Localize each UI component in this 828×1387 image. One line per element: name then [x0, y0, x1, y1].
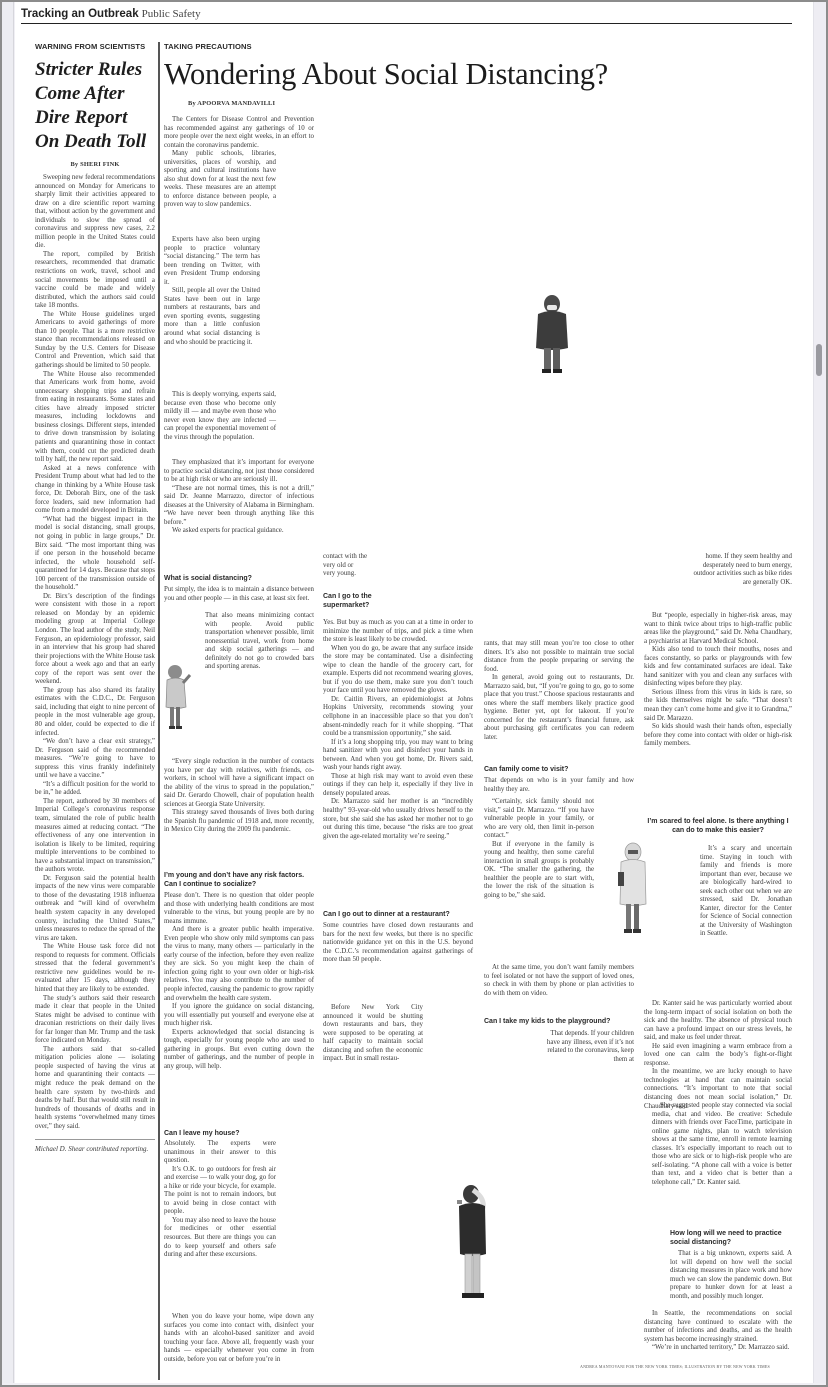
paragraph: “What had the biggest impact in the mode…	[35, 516, 155, 593]
paragraph: She suggested people stay connected via …	[652, 1102, 792, 1187]
section-heading: Can family come to visit?	[484, 765, 634, 774]
paragraph: But if everyone in the family is young a…	[484, 841, 594, 901]
paragraph: In general, avoid going out to restauran…	[484, 674, 634, 742]
paragraph: This is deeply worrying, experts said, b…	[164, 391, 276, 442]
left-story-headline: Stricter Rules Come After Dire Report On…	[35, 58, 155, 154]
paragraph: Yes. But buy as much as you can at a tim…	[323, 619, 473, 645]
paragraph: The White House also recommended that Am…	[35, 371, 155, 465]
paragraph: That depends on who is in your family an…	[484, 777, 634, 794]
paragraph: Some countries have closed down restaura…	[323, 922, 473, 965]
section-family-visit: Can family come to visit? That depends o…	[484, 758, 634, 794]
paragraph: So kids should wash their hands often, e…	[644, 723, 792, 749]
paragraph: “We’re in uncharted territory,” Dr. Marr…	[644, 1344, 792, 1353]
left-story-label: WARNING FROM SCIENTISTS	[35, 42, 145, 51]
contributor-note: Michael D. Shear contributed reporting.	[35, 1145, 155, 1154]
masked-man-figure	[530, 292, 574, 374]
page-header: Tracking an OutbreakPublic Safety	[21, 4, 792, 24]
paragraph: The Centers for Disease Control and Prev…	[164, 116, 314, 150]
paragraph: Absolutely. The experts were unanimous i…	[164, 1140, 276, 1166]
section-how-long: How long will we need to practice social…	[670, 1222, 792, 1301]
section-heading: What is social distancing?	[164, 574, 314, 583]
paragraph: But “people, especially in higher-risk a…	[644, 612, 792, 646]
paragraph: If it’s a long shopping trip, you may wa…	[323, 739, 473, 773]
section-heading: I’m young and don’t have any risk factor…	[164, 871, 314, 889]
paragraph: Dr. Birx’s description of the findings w…	[35, 593, 155, 687]
section-social-distancing: What is social distancing? Put simply, t…	[164, 567, 314, 603]
paragraph: This strategy saved thousands of lives b…	[164, 809, 314, 835]
section-leave-house-body: Absolutely. The experts were unanimous i…	[164, 1140, 276, 1260]
headline-line: On Death Toll	[35, 130, 155, 154]
paragraph: Many public schools, libraries, universi…	[164, 150, 276, 210]
paragraph: Please don’t. There is no question that …	[164, 892, 314, 926]
section-body: That is a big unknown, experts said. A l…	[670, 1250, 792, 1301]
section-restaurant-continued: rants, that may still mean you’re too cl…	[484, 640, 634, 743]
section-playground-body: That depends. If your children have any …	[540, 1030, 634, 1064]
section-playground-continued-wide: But “people, especially in higher-risk a…	[644, 612, 792, 749]
paragraph: If you ignore the guidance on social dis…	[164, 1003, 314, 1029]
paragraph: “Every single reduction in the number of…	[164, 758, 314, 809]
paragraph: At the same time, you don’t want family …	[484, 964, 634, 998]
section-body: That depends on who is in your family an…	[484, 777, 634, 794]
main-col-intro-mid: This is deeply worrying, experts said, b…	[164, 391, 276, 442]
paragraph: The group has also shared its fatality e…	[35, 687, 155, 738]
paragraph: The study’s authors said their research …	[35, 995, 155, 1046]
paragraph: The White House task force did not respo…	[35, 943, 155, 994]
section-heading: How long will we need to practice social…	[670, 1229, 792, 1247]
paragraph: When you do leave your home, wipe down a…	[164, 1313, 314, 1364]
main-col-intro-wide: The Centers for Disease Control and Prev…	[164, 116, 314, 150]
paragraph: He said even imagining a warm embrace fr…	[644, 1043, 792, 1069]
section-scared-narrow: It’s a scary and uncertain time. Staying…	[700, 845, 792, 939]
child-figure	[162, 663, 192, 731]
section-leave-house-end: When you do leave your home, wipe down a…	[164, 1313, 314, 1364]
headline-line: Dire Report	[35, 106, 155, 130]
section-heading: Can I go to the supermarket?	[323, 592, 393, 610]
section-scared-end: She suggested people stay connected via …	[652, 1102, 792, 1187]
paragraph: You may also need to leave the house for…	[164, 1217, 276, 1260]
paragraph: We asked experts for practical guidance.	[164, 527, 314, 536]
section-supermarket: Yes. But buy as much as you can at a tim…	[323, 619, 473, 841]
section-playground-continued: home. If they seem healthy and desperate…	[690, 553, 792, 587]
paragraph: And there is a greater public health imp…	[164, 926, 314, 1003]
main-col-intro-narrower: Experts have also been urging people to …	[164, 236, 260, 347]
paragraph: Those at high risk may want to avoid eve…	[323, 773, 473, 799]
paragraph: It’s a scary and uncertain time. Staying…	[700, 845, 792, 939]
paragraph: That is a big unknown, experts said. A l…	[670, 1250, 792, 1301]
main-story-label: TAKING PRECAUTIONS	[164, 42, 252, 51]
phone-person-figure	[453, 1180, 495, 1304]
section-body: Some countries have closed down restaura…	[323, 922, 473, 965]
paragraph: Experts acknowledged that social distanc…	[164, 1029, 314, 1072]
paragraph: “We don’t have a clear exit strategy,” D…	[35, 738, 155, 781]
section-playground: Can I take my kids to the playground?	[484, 1010, 634, 1029]
paragraph: The White House guidelines urged America…	[35, 311, 155, 371]
contributor-divider	[35, 1139, 155, 1140]
paragraph: “It’s a difficult position for the world…	[35, 781, 155, 798]
paragraph: They emphasized that it’s important for …	[164, 459, 314, 485]
section-how-long-end: In Seattle, the recommendations on socia…	[644, 1310, 792, 1353]
left-story-body: Sweeping new federal recommendations ann…	[35, 174, 155, 1131]
paragraph: Before New York City announced it would …	[323, 1004, 423, 1064]
left-gutter	[2, 2, 14, 1383]
section-body: Put simply, the idea is to maintain a di…	[164, 586, 314, 603]
paragraph: Still, people all over the United States…	[164, 287, 260, 347]
paragraph: In Seattle, the recommendations on socia…	[644, 1310, 792, 1344]
paragraph: rants, that may still mean you’re too cl…	[484, 640, 634, 674]
section-family-narrow: “Certainly, sick family should not visit…	[484, 798, 594, 901]
vertical-scrollbar[interactable]	[813, 2, 826, 1383]
paragraph: That depends. If your children have any …	[540, 1030, 634, 1064]
paragraph: Sweeping new federal recommendations ann…	[35, 174, 155, 251]
main-col-intro-narrow: Many public schools, libraries, universi…	[164, 150, 276, 210]
woman-coat-figure	[615, 842, 649, 934]
section-heading: Can I go out to dinner at a restaurant?	[323, 910, 473, 919]
paragraph: Dr. Kanter said he was particularly worr…	[644, 1000, 792, 1043]
section-scared-alone: I’m scared to feel alone. Is there anyth…	[644, 810, 792, 838]
section-heading: Can I take my kids to the playground?	[484, 1017, 634, 1026]
paragraph: That also means minimizing contact with …	[205, 612, 314, 672]
section-body: Please don’t. There is no question that …	[164, 892, 314, 1071]
section-young-socialize: I’m young and don’t have any risk factor…	[164, 864, 314, 1071]
paragraph: The report, authored by 30 members of Im…	[35, 798, 155, 875]
paragraph: Serious illness from this virus in kids …	[644, 689, 792, 723]
paragraph: home. If they seem healthy and desperate…	[690, 553, 792, 587]
left-story-byline: By SHERI FINK	[35, 161, 155, 168]
section-social-distancing-end: “Every single reduction in the number of…	[164, 758, 314, 835]
paragraph: Asked at a news conference with Presiden…	[35, 465, 155, 516]
section-heading: Can I leave my house?	[164, 1129, 314, 1138]
headline-line: Stricter Rules	[35, 58, 155, 82]
paragraph: It’s O.K. to go outdoors for fresh air a…	[164, 1166, 276, 1217]
header-kicker: Tracking an Outbreak	[21, 8, 139, 20]
paragraph: Dr. Caitlin Rivers, an epidemiologist at…	[323, 696, 473, 739]
left-story: Stricter Rules Come After Dire Report On…	[35, 58, 155, 1154]
paragraph: Dr. Ferguson said the potential health i…	[35, 875, 155, 943]
paragraph: Dr. Marrazzo said her mother is an “incr…	[323, 798, 473, 841]
main-story-byline: By APOORVA MANDAVILLI	[188, 100, 275, 107]
section-heading: I’m scared to feel alone. Is there anyth…	[644, 817, 792, 835]
paragraph: Put simply, the idea is to maintain a di…	[164, 586, 314, 603]
section-supermarket-heading: Can I go to the supermarket?	[323, 592, 393, 610]
main-story-headline: Wondering About Social Distancing?	[164, 56, 608, 92]
paragraph: Kids also tend to touch their mouths, no…	[644, 646, 792, 689]
headline-line: Come After	[35, 82, 155, 106]
paragraph: “These are not normal times, this is not…	[164, 485, 314, 528]
paragraph: When you do go, be aware that any surfac…	[323, 645, 473, 696]
scrollbar-thumb[interactable]	[816, 344, 822, 376]
main-col-intro-end: They emphasized that it’s important for …	[164, 459, 314, 536]
leave-house-continued: contact with the very old or very young.	[323, 553, 367, 579]
column-divider	[158, 42, 160, 1380]
section-scared-wide: Dr. Kanter said he was particularly worr…	[644, 1000, 792, 1111]
paragraph: Experts have also been urging people to …	[164, 236, 260, 287]
paragraph: contact with the very old or very young.	[323, 553, 367, 579]
paragraph: The report, compiled by British research…	[35, 251, 155, 311]
header-section: Public Safety	[142, 8, 201, 20]
section-family-end: At the same time, you don’t want family …	[484, 964, 634, 998]
photo-credit: ANDREA MANTOVANI FOR THE NEW YORK TIMES;…	[580, 1364, 770, 1369]
section-restaurant-narrow: Before New York City announced it would …	[323, 1004, 423, 1064]
paragraph: The authors said that so-called mitigati…	[35, 1046, 155, 1131]
section-social-distancing-wrap: That also means minimizing contact with …	[205, 612, 314, 672]
section-restaurant: Can I go out to dinner at a restaurant? …	[323, 903, 473, 965]
section-leave-house: Can I leave my house?	[164, 1122, 314, 1141]
paragraph: “Certainly, sick family should not visit…	[484, 798, 594, 841]
